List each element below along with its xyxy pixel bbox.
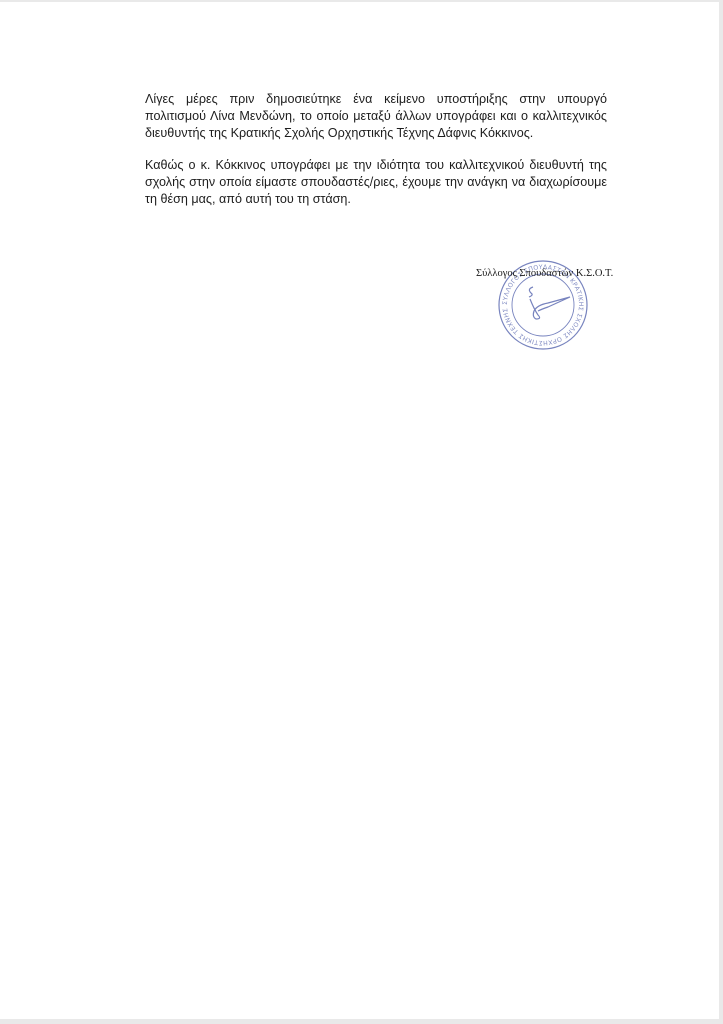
text-line: διευθυντής της Κρατικής Σχολής Ορχηστική… — [145, 125, 607, 142]
document-page: Λίγες μέρες πριν δημοσιεύτηκε ένα κείμεν… — [0, 2, 719, 1019]
text-line: σχολής στην οποία είμαστε σπουδαστές/ριε… — [145, 174, 607, 191]
text-line: τη θέση μας, από αυτή του τη στάση. — [145, 191, 607, 208]
paragraph-1: Λίγες μέρες πριν δημοσιεύτηκε ένα κείμεν… — [145, 91, 607, 142]
letter-body: Λίγες μέρες πριν δημοσιεύτηκε ένα κείμεν… — [145, 91, 607, 223]
signature-text: Σύλλογος Σπουδαστών Κ.Σ.Ο.Τ. — [476, 268, 613, 279]
text-line: Λίγες μέρες πριν δημοσιεύτηκε ένα κείμεν… — [145, 91, 607, 108]
text-line: πολιτισμού Λίνα Μενδώνη, το οποίο μεταξύ… — [145, 108, 607, 125]
text-line: Καθώς ο κ. Κόκκινος υπογράφει με την ιδι… — [145, 157, 607, 174]
paragraph-2: Καθώς ο κ. Κόκκινος υπογράφει με την ιδι… — [145, 157, 607, 208]
